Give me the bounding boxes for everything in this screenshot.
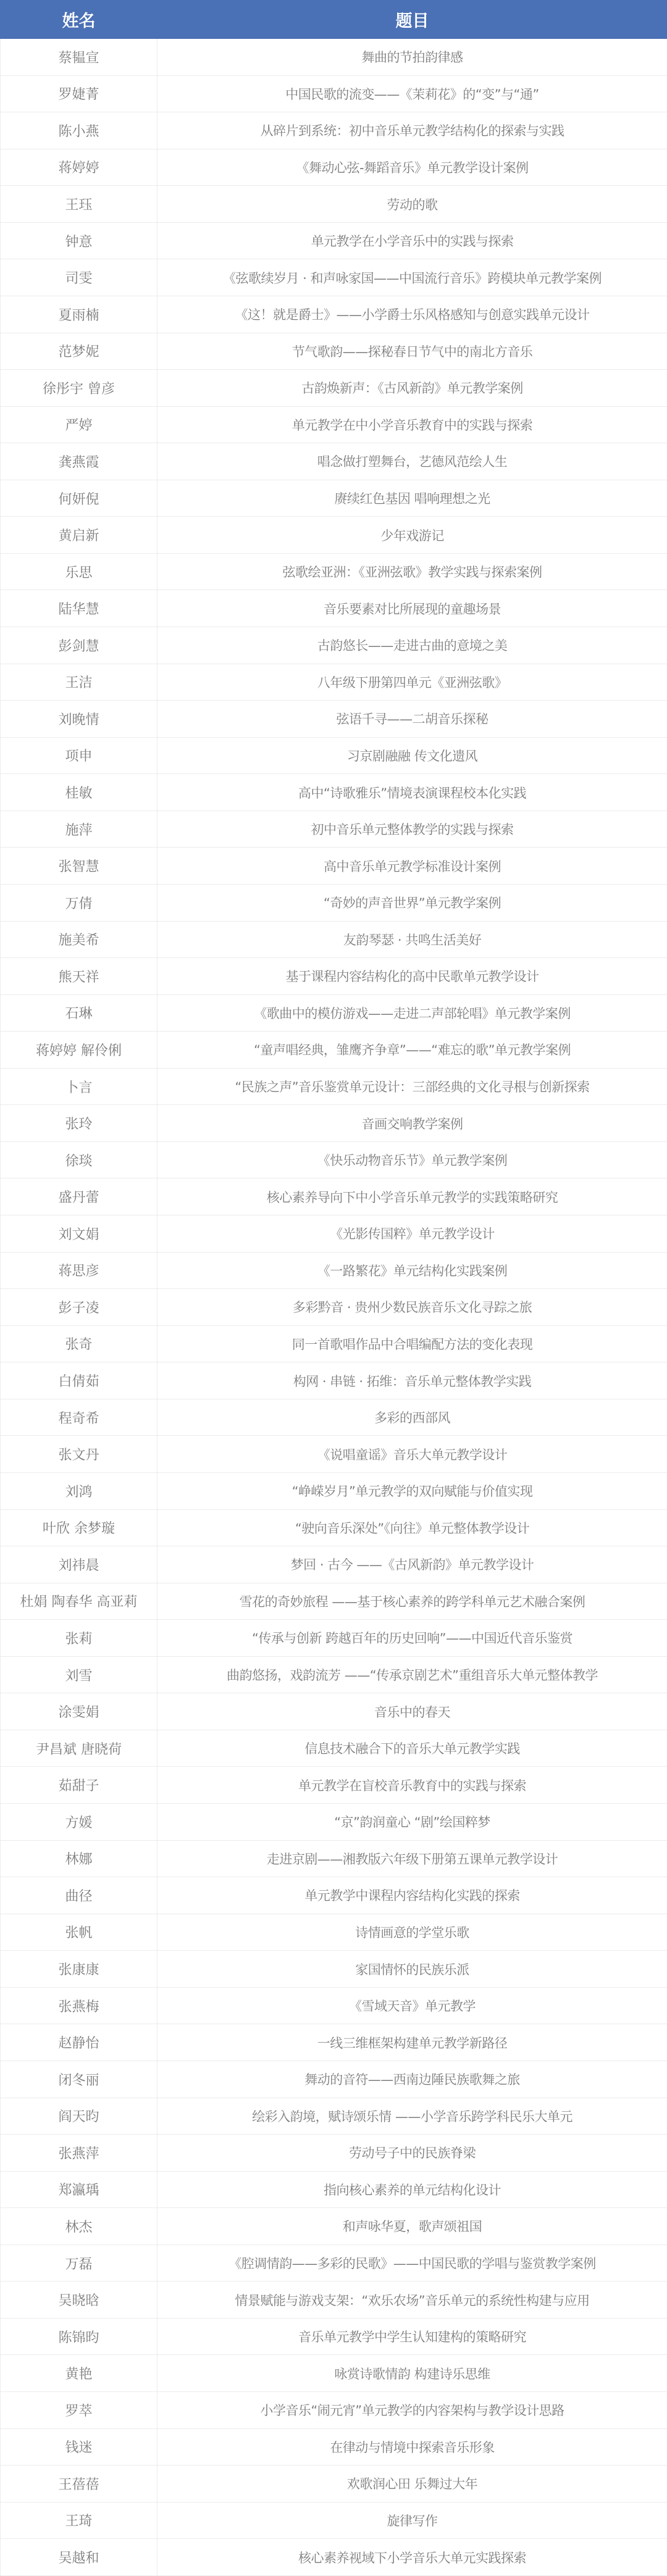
author-name-cell: 万磊: [1, 2245, 157, 2282]
topic-cell: 一线三维框架构建单元教学新路径: [157, 2024, 667, 2061]
table-row: 张燕萍劳动号子中的民族脊梁: [1, 2135, 667, 2172]
author-name-cell: 张文丹: [1, 1436, 157, 1473]
table-row: 何妍倪赓续红色基因 唱响理想之光: [1, 480, 667, 517]
author-name-cell: 陈小燕: [1, 112, 157, 149]
topic-cell: 古韵悠长——走进古曲的意境之美: [157, 627, 667, 664]
topic-cell: 多彩的西部风: [157, 1399, 667, 1436]
author-name-cell: 曲径: [1, 1877, 157, 1914]
topic-cell: 《一路繁花》单元结构化实践案例: [157, 1252, 667, 1289]
topic-cell: 少年戏游记: [157, 517, 667, 554]
topic-cell: 中国民歌的流变——《茉莉花》的“变”与“通”: [157, 75, 667, 112]
author-name-cell: 涂雯娟: [1, 1693, 157, 1730]
author-name-cell: 夏雨楠: [1, 296, 157, 333]
column-header-name: 姓名: [1, 1, 157, 39]
author-name-cell: 王琦: [1, 2502, 157, 2539]
author-name-cell: 钟意: [1, 222, 157, 259]
table-row: 黄启新少年戏游记: [1, 517, 667, 554]
author-name-cell: 张燕萍: [1, 2135, 157, 2172]
table-row: 张康康家国情怀的民族乐派: [1, 1951, 667, 1988]
author-name-cell: 白倩茹: [1, 1362, 157, 1399]
author-name-cell: 吴晓晗: [1, 2282, 157, 2319]
topic-cell: 《弦歌续岁月 · 和声咏家国——中国流行音乐》跨模块单元教学案例: [157, 259, 667, 296]
author-name-cell: 罗萃: [1, 2392, 157, 2429]
topic-cell: 劳动号子中的民族脊梁: [157, 2135, 667, 2172]
table-row: 熊天祥基于课程内容结构化的高中民歌单元教学设计: [1, 958, 667, 995]
table-row: 施美希友韵琴瑟 · 共鸣生活美好: [1, 921, 667, 958]
table-row: 刘鸿“峥嵘岁月”单元教学的双向赋能与价值实现: [1, 1472, 667, 1509]
table-row: 陈小燕从碎片到系统：初中音乐单元教学结构化的探索与实践: [1, 112, 667, 149]
author-name-cell: 范梦妮: [1, 333, 157, 370]
author-name-cell: 龚燕霞: [1, 443, 157, 480]
topic-cell: 节气歌韵——探秘春日节气中的南北方音乐: [157, 333, 667, 370]
author-name-cell: 蔡韫宣: [1, 39, 157, 76]
topic-cell: 习京剧融融 传文化遗风: [157, 737, 667, 774]
topic-cell: 弦歌绘亚洲：《亚洲弦歌》教学实践与探索案例: [157, 553, 667, 590]
author-name-cell: 石琳: [1, 994, 157, 1032]
topic-cell: 八年级下册第四单元《亚洲弦歌》: [157, 664, 667, 701]
table-row: 桂敏高中“诗歌雅乐”情境表演课程校本化实践: [1, 774, 667, 811]
topic-cell: 情景赋能与游戏支架：“欢乐农场”音乐单元的系统性构建与应用: [157, 2282, 667, 2319]
table-row: 林娜走进京剧——湘教版六年级下册第五课单元教学设计: [1, 1840, 667, 1877]
topic-cell: 音画交响教学案例: [157, 1105, 667, 1142]
topic-cell: 诗情画意的学堂乐歌: [157, 1914, 667, 1951]
topic-cell: 高中音乐单元教学标准设计案例: [157, 848, 667, 885]
topic-cell: “京”韵润童心 “剧”绘国粹梦: [157, 1804, 667, 1841]
table-row: 万倩“奇妙的声音世界”单元教学案例: [1, 884, 667, 921]
table-row: 施萍初中音乐单元整体教学的实践与探索: [1, 811, 667, 848]
author-name-cell: 何妍倪: [1, 480, 157, 517]
table-body: 蔡韫宣舞曲的节拍韵律感罗婕菁中国民歌的流变——《茉莉花》的“变”与“通”陈小燕从…: [1, 39, 667, 2576]
author-name-cell: 张玲: [1, 1105, 157, 1142]
topic-cell: 在律动与情境中探索音乐形象: [157, 2428, 667, 2466]
author-name-cell: 钱迷: [1, 2428, 157, 2466]
topic-cell: 古韵焕新声：《古风新韵》单元教学案例: [157, 370, 667, 407]
topic-cell: “童声唱经典，雏鹰齐争章”——“难忘的歌”单元教学案例: [157, 1032, 667, 1069]
table-row: 刘祎晨梦回 · 古今 ——《古风新韵》单元教学设计: [1, 1546, 667, 1583]
topic-cell: 欢歌润心田 乐舞过大年: [157, 2466, 667, 2503]
column-header-topic: 题目: [157, 1, 667, 39]
topic-cell: 弦语千寻——二胡音乐探秘: [157, 701, 667, 738]
table-row: 刘晚情弦语千寻——二胡音乐探秘: [1, 701, 667, 738]
topic-cell: 《舞动心弦-舞蹈音乐》单元教学设计案例: [157, 149, 667, 186]
topic-cell: 劳动的歌: [157, 186, 667, 223]
author-name-cell: 张康康: [1, 1951, 157, 1988]
author-name-cell: 闭冬丽: [1, 2061, 157, 2098]
author-name-cell: 杜娟 陶春华 高亚莉: [1, 1583, 157, 1620]
table-row: 涂雯娟音乐中的春天: [1, 1693, 667, 1730]
table-row: 乐思弦歌绘亚洲：《亚洲弦歌》教学实践与探索案例: [1, 553, 667, 590]
author-name-cell: 蒋婷婷 解伶俐: [1, 1032, 157, 1069]
topic-cell: 赓续红色基因 唱响理想之光: [157, 480, 667, 517]
topic-cell: 梦回 · 古今 ——《古风新韵》单元教学设计: [157, 1546, 667, 1583]
topic-cell: 咏赏诗歌情韵 构建诗乐思维: [157, 2355, 667, 2392]
table-row: 司雯《弦歌续岁月 · 和声咏家国——中国流行音乐》跨模块单元教学案例: [1, 259, 667, 296]
author-name-cell: 施美希: [1, 921, 157, 958]
table-row: 吴晓晗情景赋能与游戏支架：“欢乐农场”音乐单元的系统性构建与应用: [1, 2282, 667, 2319]
table-row: 罗萃小学音乐“闹元宵”单元教学的内容架构与教学设计思路: [1, 2392, 667, 2429]
topic-cell: 核心素养导向下中小学音乐单元教学的实践策略研究: [157, 1178, 667, 1215]
author-topic-table: 姓名 题目 蔡韫宣舞曲的节拍韵律感罗婕菁中国民歌的流变——《茉莉花》的“变”与“…: [0, 0, 667, 2576]
author-name-cell: 熊天祥: [1, 958, 157, 995]
author-name-cell: 刘文娟: [1, 1215, 157, 1253]
author-name-cell: 方媛: [1, 1804, 157, 1841]
table-row: 陆华慧音乐要素对比所展现的童趣场景: [1, 590, 667, 627]
table-row: 郑瀛瑀指向核心素养的单元结构化设计: [1, 2171, 667, 2208]
author-name-cell: 刘鸿: [1, 1472, 157, 1509]
topic-cell: 《腔调情韵——多彩的民歌》——中国民歌的学唱与鉴赏教学案例: [157, 2245, 667, 2282]
table-row: 范梦妮节气歌韵——探秘春日节气中的南北方音乐: [1, 333, 667, 370]
author-name-cell: 严婷: [1, 406, 157, 443]
table-row: 万磊《腔调情韵——多彩的民歌》——中国民歌的学唱与鉴赏教学案例: [1, 2245, 667, 2282]
author-name-cell: 茹甜子: [1, 1767, 157, 1804]
table-row: 张莉“传承与创新 跨越百年的历史回响”——中国近代音乐鉴赏: [1, 1620, 667, 1657]
table-row: 曲径单元教学中课程内容结构化实践的探索: [1, 1877, 667, 1914]
topic-cell: 音乐中的春天: [157, 1693, 667, 1730]
table-row: 张燕梅《雪域天音》单元教学: [1, 1987, 667, 2024]
table-row: 王珏劳动的歌: [1, 186, 667, 223]
table-row: 杜娟 陶春华 高亚莉雪花的奇妙旅程 ——基于核心素养的跨学科单元艺术融合案例: [1, 1583, 667, 1620]
topic-cell: “民族之声”音乐鉴赏单元设计：三部经典的文化寻根与创新探索: [157, 1068, 667, 1105]
topic-cell: 高中“诗歌雅乐”情境表演课程校本化实践: [157, 774, 667, 811]
topic-cell: 同一首歌唱作品中合唱编配方法的变化表现: [157, 1325, 667, 1362]
table-row: 张帆诗情画意的学堂乐歌: [1, 1914, 667, 1951]
topic-cell: “驶向音乐深处”《向往》单元整体教学设计: [157, 1509, 667, 1546]
topic-cell: 友韵琴瑟 · 共鸣生活美好: [157, 921, 667, 958]
author-name-cell: 徐彤宇 曾彦: [1, 370, 157, 407]
author-name-cell: 张帆: [1, 1914, 157, 1951]
table-row: 钱迷在律动与情境中探索音乐形象: [1, 2428, 667, 2466]
topic-cell: 《光影传国粹》单元教学设计: [157, 1215, 667, 1253]
topic-cell: 信息技术融合下的音乐大单元教学实践: [157, 1730, 667, 1767]
author-name-cell: 陈锦昀: [1, 2318, 157, 2355]
table-row: 彭剑慧古韵悠长——走进古曲的意境之美: [1, 627, 667, 664]
table-row: 闭冬丽舞动的音符——西南边陲民族歌舞之旅: [1, 2061, 667, 2098]
topic-cell: 多彩黔音 · 贵州少数民族音乐文化寻踪之旅: [157, 1289, 667, 1326]
author-name-cell: 桂敏: [1, 774, 157, 811]
table-row: 叶欣 余梦璇“驶向音乐深处”《向往》单元整体教学设计: [1, 1509, 667, 1546]
topic-cell: 初中音乐单元整体教学的实践与探索: [157, 811, 667, 848]
table-row: 赵静怡一线三维框架构建单元教学新路径: [1, 2024, 667, 2061]
table-row: 徐彤宇 曾彦古韵焕新声：《古风新韵》单元教学案例: [1, 370, 667, 407]
author-name-cell: 尹昌斌 唐晓荷: [1, 1730, 157, 1767]
author-name-cell: 盛丹蕾: [1, 1178, 157, 1215]
author-name-cell: 程奇希: [1, 1399, 157, 1436]
table-row: 黄艳咏赏诗歌情韵 构建诗乐思维: [1, 2355, 667, 2392]
author-name-cell: 蒋婷婷: [1, 149, 157, 186]
table-row: 钟意单元教学在小学音乐中的实践与探索: [1, 222, 667, 259]
table-row: 张奇同一首歌唱作品中合唱编配方法的变化表现: [1, 1325, 667, 1362]
table-row: 刘文娟《光影传国粹》单元教学设计: [1, 1215, 667, 1253]
table-row: 罗婕菁中国民歌的流变——《茉莉花》的“变”与“通”: [1, 75, 667, 112]
author-name-cell: 司雯: [1, 259, 157, 296]
topic-cell: 走进京剧——湘教版六年级下册第五课单元教学设计: [157, 1840, 667, 1877]
topic-cell: 指向核心素养的单元结构化设计: [157, 2171, 667, 2208]
topic-cell: 《雪域天音》单元教学: [157, 1987, 667, 2024]
topic-cell: 舞动的音符——西南边陲民族歌舞之旅: [157, 2061, 667, 2098]
author-name-cell: 乐思: [1, 553, 157, 590]
table-row: 茹甜子单元教学在盲校音乐教育中的实践与探索: [1, 1767, 667, 1804]
author-name-cell: 彭子凌: [1, 1289, 157, 1326]
author-name-cell: 叶欣 余梦璇: [1, 1509, 157, 1546]
author-name-cell: 徐琰: [1, 1141, 157, 1178]
topic-cell: 音乐要素对比所展现的童趣场景: [157, 590, 667, 627]
author-name-cell: 阎天昀: [1, 2098, 157, 2135]
topic-cell: 和声咏华夏，歌声颂祖国: [157, 2208, 667, 2245]
author-name-cell: 张奇: [1, 1325, 157, 1362]
topic-cell: 曲韵悠扬，戏韵流芳 ——“传承京剧艺术”重组音乐大单元整体教学: [157, 1656, 667, 1693]
topic-cell: 《快乐动物音乐节》单元教学案例: [157, 1141, 667, 1178]
author-name-cell: 黄艳: [1, 2355, 157, 2392]
table-row: 张玲音画交响教学案例: [1, 1105, 667, 1142]
table-row: 阎天昀绘彩入韵境，赋诗颂乐情 ——小学音乐跨学科民乐大单元: [1, 2098, 667, 2135]
table-row: 石琳《歌曲中的模仿游戏——走进二声部轮唱》单元教学案例: [1, 994, 667, 1032]
author-name-cell: 张燕梅: [1, 1987, 157, 2024]
topic-cell: 构网 · 串链 · 拓维：音乐单元整体教学实践: [157, 1362, 667, 1399]
table-row: 王蓓蓓欢歌润心田 乐舞过大年: [1, 2466, 667, 2503]
table-row: 刘雪曲韵悠扬，戏韵流芳 ——“传承京剧艺术”重组音乐大单元整体教学: [1, 1656, 667, 1693]
topic-cell: “奇妙的声音世界”单元教学案例: [157, 884, 667, 921]
topic-cell: 单元教学在小学音乐中的实践与探索: [157, 222, 667, 259]
author-name-cell: 罗婕菁: [1, 75, 157, 112]
table-row: 张智慧高中音乐单元教学标准设计案例: [1, 848, 667, 885]
topic-cell: 舞曲的节拍韵律感: [157, 39, 667, 76]
table-row: 吴越和核心素养视域下小学音乐大单元实践探索: [1, 2539, 667, 2576]
table-row: 蔡韫宣舞曲的节拍韵律感: [1, 39, 667, 76]
table-row: 卜言“民族之声”音乐鉴赏单元设计：三部经典的文化寻根与创新探索: [1, 1068, 667, 1105]
table-row: 蒋婷婷 解伶俐“童声唱经典，雏鹰齐争章”——“难忘的歌”单元教学案例: [1, 1032, 667, 1069]
author-name-cell: 王蓓蓓: [1, 2466, 157, 2503]
author-name-cell: 吴越和: [1, 2539, 157, 2576]
table-row: 项申习京剧融融 传文化遗风: [1, 737, 667, 774]
author-name-cell: 林杰: [1, 2208, 157, 2245]
table-row: 王琦旋律写作: [1, 2502, 667, 2539]
author-name-cell: 万倩: [1, 884, 157, 921]
topic-cell: 《这！就是爵士》——小学爵士乐风格感知与创意实践单元设计: [157, 296, 667, 333]
topic-cell: 家国情怀的民族乐派: [157, 1951, 667, 1988]
topic-cell: “传承与创新 跨越百年的历史回响”——中国近代音乐鉴赏: [157, 1620, 667, 1657]
author-name-cell: 卜言: [1, 1068, 157, 1105]
topic-cell: 单元教学在盲校音乐教育中的实践与探索: [157, 1767, 667, 1804]
author-name-cell: 郑瀛瑀: [1, 2171, 157, 2208]
table-row: 程奇希多彩的西部风: [1, 1399, 667, 1436]
author-name-cell: 王珏: [1, 186, 157, 223]
topic-cell: 唱念做打塑舞台，艺德风范绘人生: [157, 443, 667, 480]
author-name-cell: 刘晚情: [1, 701, 157, 738]
table-row: 王洁八年级下册第四单元《亚洲弦歌》: [1, 664, 667, 701]
topic-cell: 单元教学中课程内容结构化实践的探索: [157, 1877, 667, 1914]
topic-cell: 旋律写作: [157, 2502, 667, 2539]
topic-cell: “峥嵘岁月”单元教学的双向赋能与价值实现: [157, 1472, 667, 1509]
table-row: 盛丹蕾核心素养导向下中小学音乐单元教学的实践策略研究: [1, 1178, 667, 1215]
topic-cell: 基于课程内容结构化的高中民歌单元教学设计: [157, 958, 667, 995]
table-row: 严婷单元教学在中小学音乐教育中的实践与探索: [1, 406, 667, 443]
author-name-cell: 张智慧: [1, 848, 157, 885]
author-name-cell: 蒋思彦: [1, 1252, 157, 1289]
table-row: 林杰和声咏华夏，歌声颂祖国: [1, 2208, 667, 2245]
author-name-cell: 张莉: [1, 1620, 157, 1657]
table-row: 龚燕霞唱念做打塑舞台，艺德风范绘人生: [1, 443, 667, 480]
table-row: 彭子凌多彩黔音 · 贵州少数民族音乐文化寻踪之旅: [1, 1289, 667, 1326]
table-row: 徐琰《快乐动物音乐节》单元教学案例: [1, 1141, 667, 1178]
topic-cell: 《歌曲中的模仿游戏——走进二声部轮唱》单元教学案例: [157, 994, 667, 1032]
topic-cell: 核心素养视域下小学音乐大单元实践探索: [157, 2539, 667, 2576]
table-row: 白倩茹构网 · 串链 · 拓维：音乐单元整体教学实践: [1, 1362, 667, 1399]
table-header-row: 姓名 题目: [1, 1, 667, 39]
author-name-cell: 王洁: [1, 664, 157, 701]
table-row: 夏雨楠《这！就是爵士》——小学爵士乐风格感知与创意实践单元设计: [1, 296, 667, 333]
topic-cell: 音乐单元教学中学生认知建构的策略研究: [157, 2318, 667, 2355]
author-name-cell: 刘祎晨: [1, 1546, 157, 1583]
topic-cell: 绘彩入韵境，赋诗颂乐情 ——小学音乐跨学科民乐大单元: [157, 2098, 667, 2135]
table-row: 陈锦昀音乐单元教学中学生认知建构的策略研究: [1, 2318, 667, 2355]
topic-cell: 从碎片到系统：初中音乐单元教学结构化的探索与实践: [157, 112, 667, 149]
topic-cell: 雪花的奇妙旅程 ——基于核心素养的跨学科单元艺术融合案例: [157, 1583, 667, 1620]
author-name-cell: 林娜: [1, 1840, 157, 1877]
author-name-cell: 陆华慧: [1, 590, 157, 627]
topic-cell: 《说唱童谣》音乐大单元教学设计: [157, 1436, 667, 1473]
table-row: 蒋思彦《一路繁花》单元结构化实践案例: [1, 1252, 667, 1289]
topic-cell: 单元教学在中小学音乐教育中的实践与探索: [157, 406, 667, 443]
table-row: 方媛“京”韵润童心 “剧”绘国粹梦: [1, 1804, 667, 1841]
author-name-cell: 彭剑慧: [1, 627, 157, 664]
table-row: 张文丹《说唱童谣》音乐大单元教学设计: [1, 1436, 667, 1473]
author-name-cell: 黄启新: [1, 517, 157, 554]
author-name-cell: 项申: [1, 737, 157, 774]
table-row: 蒋婷婷《舞动心弦-舞蹈音乐》单元教学设计案例: [1, 149, 667, 186]
table-row: 尹昌斌 唐晓荷信息技术融合下的音乐大单元教学实践: [1, 1730, 667, 1767]
author-name-cell: 施萍: [1, 811, 157, 848]
author-name-cell: 刘雪: [1, 1656, 157, 1693]
topic-cell: 小学音乐“闹元宵”单元教学的内容架构与教学设计思路: [157, 2392, 667, 2429]
author-name-cell: 赵静怡: [1, 2024, 157, 2061]
